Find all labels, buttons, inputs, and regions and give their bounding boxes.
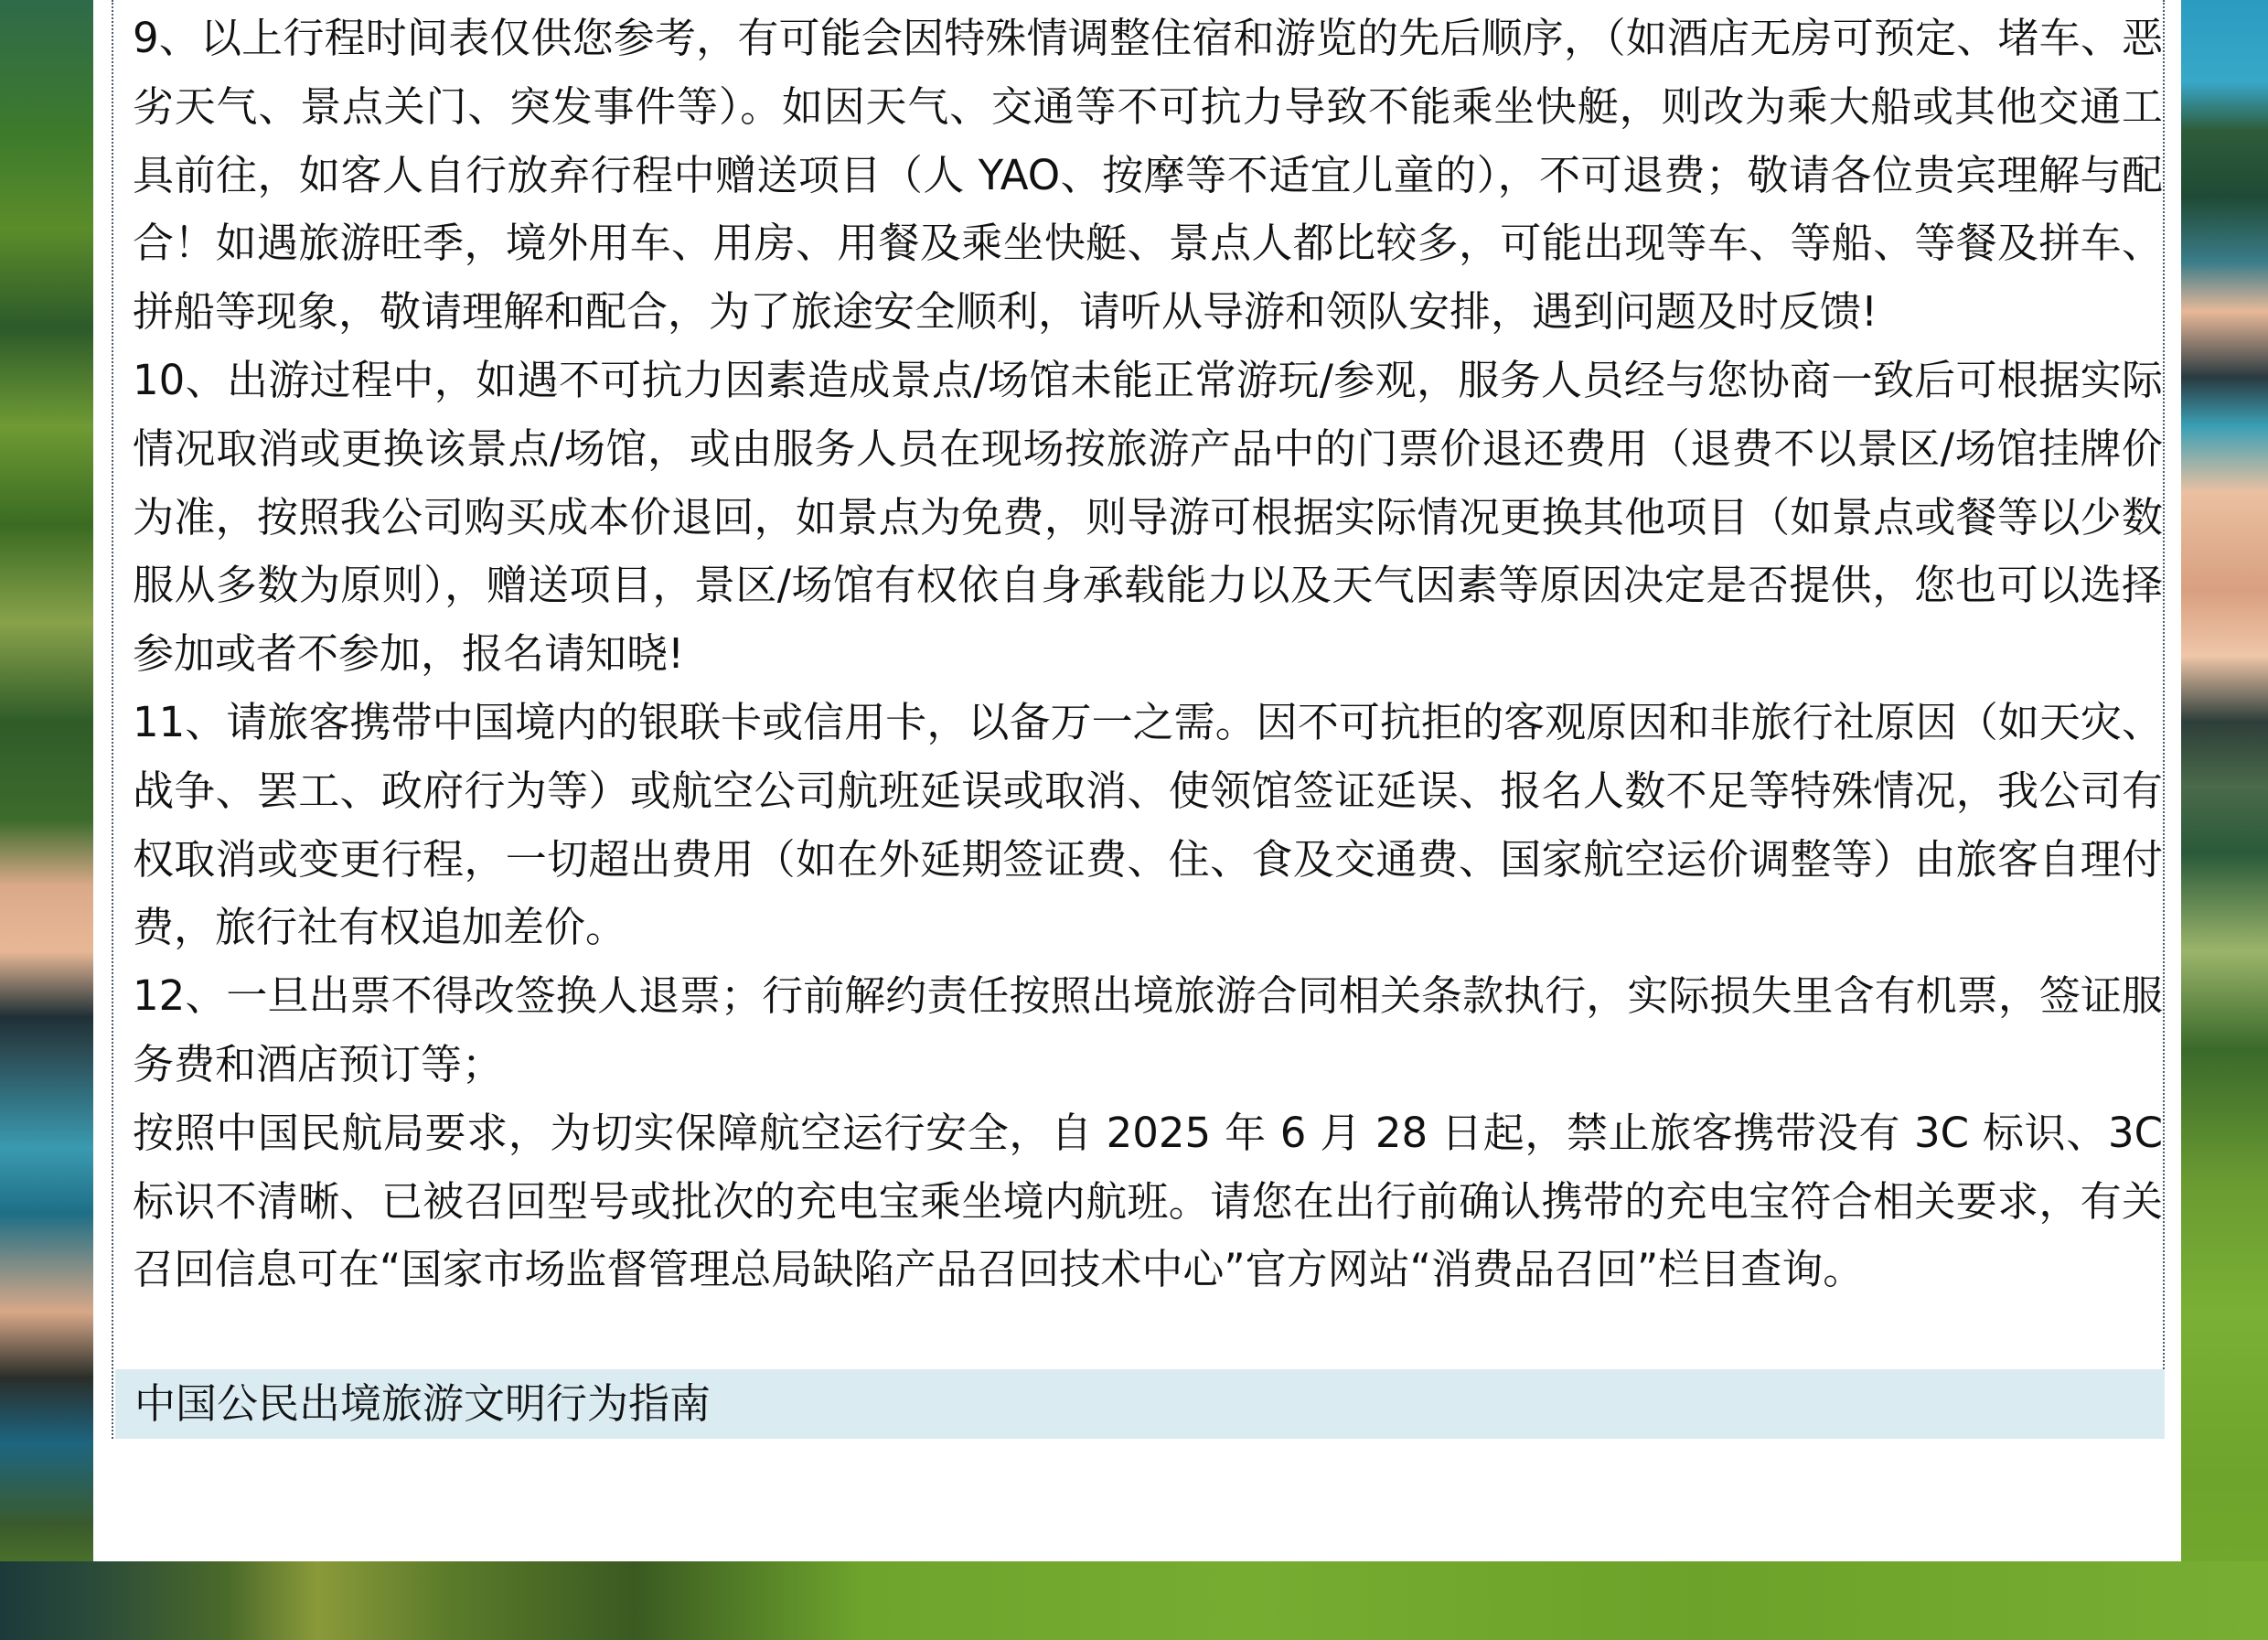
section-heading-travel-guidelines: 中国公民出境旅游文明行为指南 xyxy=(115,1369,2165,1439)
power-bank-notice: 按照中国民航局要求，为切实保障航空运行安全，自 2025 年 6 月 28 日起… xyxy=(133,1099,2163,1304)
notes-box: 9、以上行程时间表仅供您参考，有可能会因特殊情调整住宿和游览的先后顺序，（如酒店… xyxy=(112,0,2165,1439)
background-photo-right-strip xyxy=(2181,0,2268,1640)
note-item-11: 11、请旅客携带中国境内的银联卡或信用卡，以备万一之需。因不可抗拒的客观原因和非… xyxy=(133,689,2163,962)
content-panel: 9、以上行程时间表仅供您参考，有可能会因特殊情调整住宿和游览的先后顺序，（如酒店… xyxy=(93,0,2181,1561)
background-photo-bottom-strip xyxy=(0,1561,2268,1640)
background-photo-left-strip xyxy=(0,0,93,1640)
note-item-12: 12、一旦出票不得改签换人退票；行前解约责任按照出境旅游合同相关条款执行，实际损… xyxy=(133,962,2163,1099)
note-item-9: 9、以上行程时间表仅供您参考，有可能会因特殊情调整住宿和游览的先后顺序，（如酒店… xyxy=(133,5,2163,347)
note-item-10: 10、出游过程中，如遇不可抗力因素造成景点/场馆未能正常游玩/参观，服务人员经与… xyxy=(133,347,2163,689)
notes-text: 9、以上行程时间表仅供您参考，有可能会因特殊情调整住宿和游览的先后顺序，（如酒店… xyxy=(133,5,2163,1304)
